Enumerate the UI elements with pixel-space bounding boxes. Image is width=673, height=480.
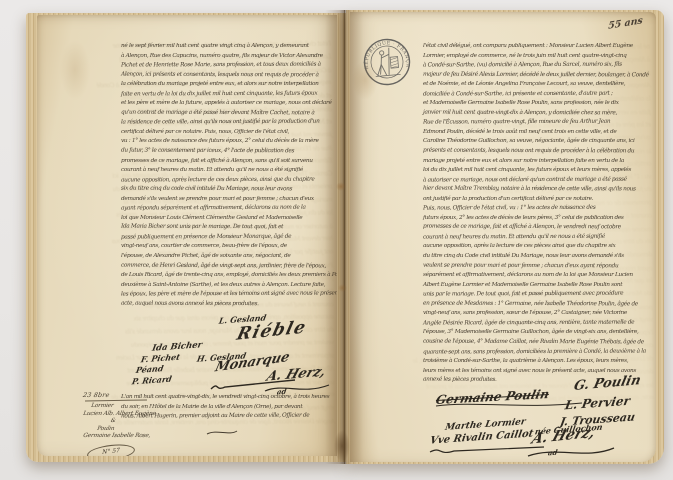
- left-page: l'état civil délégué, ont comparu publiq…: [37, 15, 337, 456]
- right-page: né le sept février mil huit cent quatre …: [350, 12, 656, 462]
- manuscript-line: à Alençon, Rue des Capucins, numéro quat…: [121, 52, 335, 62]
- manuscript-line: hier devant Maître Tremblay, notaire à l…: [423, 185, 651, 195]
- signature-herz-paraph: ad: [547, 448, 558, 458]
- manuscript-line: commerce, de Henri Gesland, âgé de vingt…: [121, 261, 335, 271]
- manuscript-line: certificat délivré par ce notaire. Puis,…: [121, 128, 335, 138]
- manuscript-line: mariage projeté entre eux et alors sur n…: [423, 157, 651, 167]
- margin-bride-firstnames: Germaine Isabelle Rose,: [82, 433, 175, 441]
- manuscript-line: troisième à Condé-sur-Sarthe, la quatriè…: [423, 357, 651, 367]
- manuscript-line: courant à neuf heures du matin. Et atten…: [423, 232, 651, 243]
- manuscript-line: acte, auquel nous avons annexé les pièce…: [121, 299, 335, 309]
- register-scan: l'état civil délégué, ont comparu publiq…: [0, 0, 673, 480]
- manuscript-line: Pichet et de Henriette Rose Marie, sans …: [121, 61, 335, 71]
- manuscript-line: en présence de Mesdames : 1° Germaine, n…: [423, 299, 651, 309]
- manuscript-line: Caroline Théodorine Guillochon, sa veuve…: [423, 137, 651, 147]
- manuscript-line: séparément et affirmativement, déclarons…: [423, 271, 651, 281]
- manuscript-line: cousine de l'épouse, 4° Madame Caillot, …: [423, 338, 651, 348]
- manuscript-line: quarante-sept ans, sans profession, domi…: [423, 347, 651, 358]
- gutter-crease: [344, 10, 345, 464]
- signature-p-ricard: P. Ricard: [131, 374, 173, 387]
- manuscript-line: passé publiquement en présence de Monsie…: [121, 232, 335, 242]
- manuscript-line: aucune opposition, après la lecture de c…: [423, 242, 651, 252]
- manuscript-line: présents et consentants, lesquels nous o…: [423, 147, 651, 157]
- manuscript-line: la résidence de cette ville, ainsi qu'il…: [121, 118, 335, 128]
- manuscript-line: Alençon, ici présents et consentants, le…: [121, 70, 335, 80]
- manuscript-line: du titre cinq du Code civil intitulé Du …: [423, 252, 651, 262]
- signature-pervier: L. Pervier: [564, 394, 631, 413]
- paragraph-flourish-icon: [205, 427, 239, 437]
- manuscript-line: Rue de l'Écusson, numéro quatre-vingt, f…: [423, 118, 651, 129]
- svg-text:RÉPUBLIQUE · FRANÇAISE: RÉPUBLIQUE · FRANÇAISE: [360, 35, 411, 72]
- manuscript-text-left: né le sept février mil huit cent quatre …: [121, 42, 335, 309]
- manuscript-line: six du titre cinq du code civil intitulé…: [121, 185, 335, 195]
- manuscript-line: et Mademoiselle Germaine Isabelle Rose P…: [423, 99, 651, 109]
- margin-note-paraph: N° 57: [87, 442, 135, 456]
- manuscript-line: l'état civil délégué, ont comparu publiq…: [423, 42, 651, 52]
- manuscript-line: et les père et mère de la future, appelé…: [121, 99, 335, 109]
- manuscript-line: Puis, nous, Officier de l'état civil, vu…: [423, 204, 651, 215]
- manuscript-line: faite en vertu de la loi du dix juillet …: [121, 89, 335, 99]
- closing-paragraph: L'an mil huit cent quatre-vingt-dix, le …: [121, 393, 335, 422]
- manuscript-line: L'an mil huit cent quatre-vingt-dix, le …: [121, 393, 335, 403]
- manuscript-line: la célébration du mariage projeté entre …: [121, 80, 335, 90]
- manuscript-line: promesses de ce mariage, fait et affiché…: [121, 157, 335, 167]
- manuscript-line: du futur, 3° le consentement par iceux, …: [121, 147, 335, 157]
- manuscript-line: et de Noémie, et de Léonie Angelina Fran…: [423, 80, 651, 90]
- signature-peand: Péand: [135, 363, 164, 375]
- manuscript-line: majeur de feu Désiré Alexis Lormier, déc…: [423, 70, 651, 80]
- folio-mark: 55 ans: [608, 15, 643, 32]
- marianne-figure-icon: [373, 47, 400, 77]
- manuscript-line: l'épouse, 3° Mademoiselle Germaine Guill…: [423, 328, 651, 338]
- manuscript-line: l'épouse, de Alexandre Pichet, âgé de so…: [121, 252, 335, 262]
- gutter-foot-shadow: [334, 430, 350, 462]
- manuscript-line: à Condé-sur-Sarthe, (vu) domicilié à Ale…: [423, 61, 651, 72]
- manuscript-line: Angèle Désirée Ricard, âgée de cinquante…: [423, 318, 651, 329]
- manuscript-line: ayant répondu séparément et affirmativem…: [121, 204, 335, 214]
- manuscript-line: domiciliée à Condé-sur-Sarthe, ici prése…: [423, 89, 651, 100]
- manuscript-line: du soir, en l'Hôtel de la Mairie de la v…: [121, 403, 335, 413]
- manuscript-line: nous, Albert Hugerin, premier adjoint au…: [121, 412, 335, 422]
- republique-francaise-stamp-icon: RÉPUBLIQUE · FRANÇAISE: [360, 35, 414, 89]
- manuscript-line: loi du dix juillet mil huit cent cinquan…: [423, 166, 651, 176]
- signature-herz: A. Herz,: [264, 364, 328, 385]
- signature-germaine-poulin-struck: Germaine Poulin: [434, 387, 550, 407]
- manuscript-line: vingt-neuf ans, courtier de commerce, be…: [121, 242, 335, 252]
- manuscript-line: né le sept février mil huit cent quatre …: [121, 42, 335, 52]
- manuscript-line: vingt-neuf ans, sans profession, sœur de…: [423, 309, 651, 319]
- manuscript-line: de Louis Ricard, âgé de trente-cinq ans,…: [121, 271, 335, 281]
- manuscript-line: veulent se prendre pour mari et pour fem…: [423, 261, 651, 271]
- manuscript-line: vu : 1° les actes de naissance des futur…: [121, 137, 335, 147]
- manuscript-line: unis par le mariage. De tout quoi, fait …: [423, 290, 651, 301]
- manuscript-line: Edmond Poulin, décédé le trois août mil …: [423, 128, 651, 138]
- manuscript-text-right: l'état civil délégué, ont comparu publiq…: [423, 42, 651, 386]
- manuscript-line: courant à neuf heures du matin. Et atten…: [121, 166, 335, 176]
- manuscript-line: les époux, les père et mère de l'épouse …: [121, 290, 335, 300]
